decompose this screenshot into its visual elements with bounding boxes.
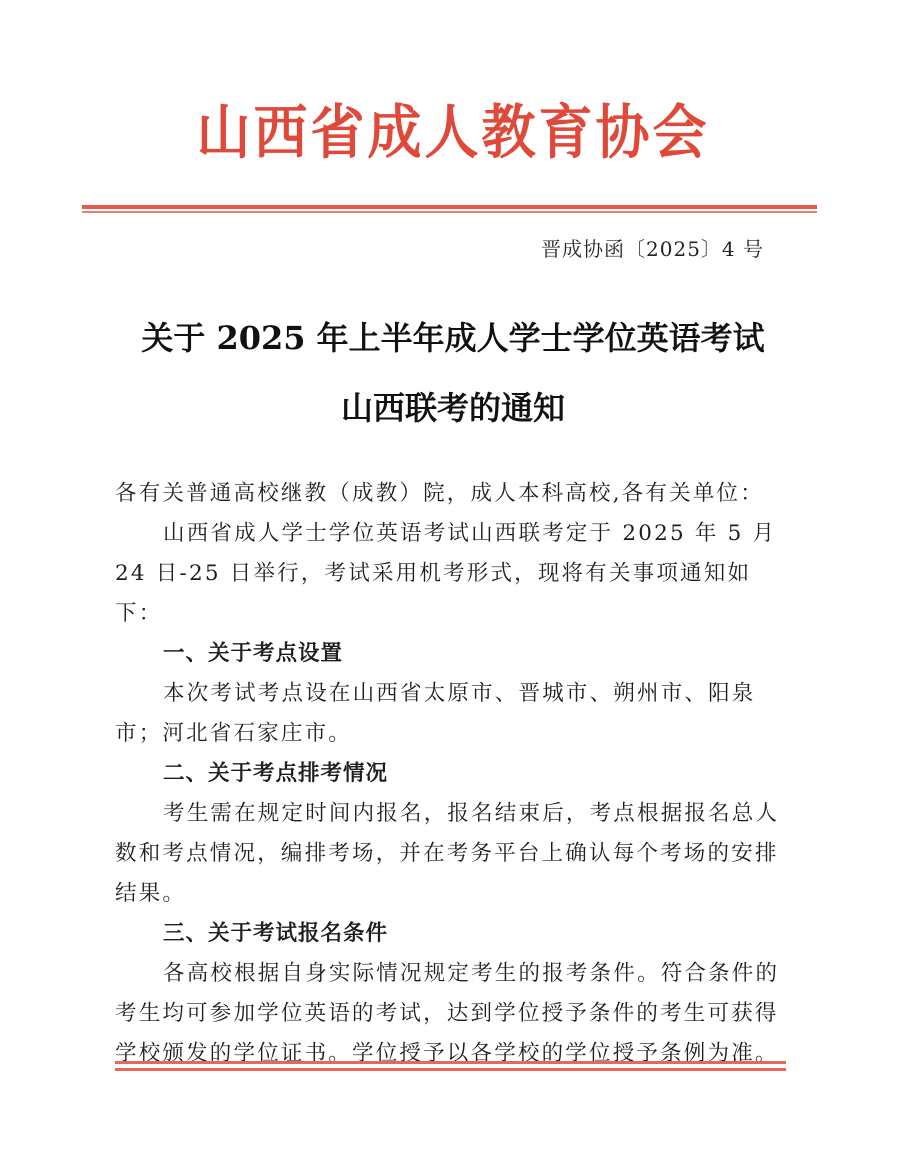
salutation: 各有关普通高校继教（成教）院，成人本科高校,各有关单位：	[115, 474, 795, 514]
document-body: 各有关普通高校继教（成教）院，成人本科高校,各有关单位： 山西省成人学士学位英语…	[115, 474, 795, 1074]
section-heading-1: 一、关于考点设置	[115, 634, 795, 674]
title-line-2: 山西联考的通知	[0, 386, 906, 430]
section-body-2: 考生需在规定时间内报名，报名结束后，考点根据报名总人数和考点情况，编排考场，并在…	[115, 794, 795, 914]
section-heading-3: 三、关于考试报名条件	[115, 914, 795, 954]
letterhead-rule-thin	[82, 211, 817, 213]
letterhead-rule-thick	[82, 205, 817, 209]
letterhead-org-name: 山西省成人教育协会	[0, 89, 906, 175]
section-body-1: 本次考试考点设在山西省太原市、晋城市、朔州市、阳泉市；河北省石家庄市。	[115, 674, 795, 754]
footer-rule-top	[115, 1061, 786, 1064]
footer-rule-bottom	[115, 1068, 786, 1071]
section-heading-2: 二、关于考点排考情况	[115, 754, 795, 794]
intro-paragraph: 山西省成人学士学位英语考试山西联考定于 2025 年 5 月 24 日-25 日…	[115, 514, 795, 634]
document-number: 晋成协函〔2025〕4 号	[541, 232, 764, 266]
title-line-1: 关于 2025 年上半年成人学士学位英语考试	[0, 316, 906, 360]
section-body-3: 各高校根据自身实际情况规定考生的报考条件。符合条件的考生均可参加学位英语的考试，…	[115, 954, 795, 1074]
